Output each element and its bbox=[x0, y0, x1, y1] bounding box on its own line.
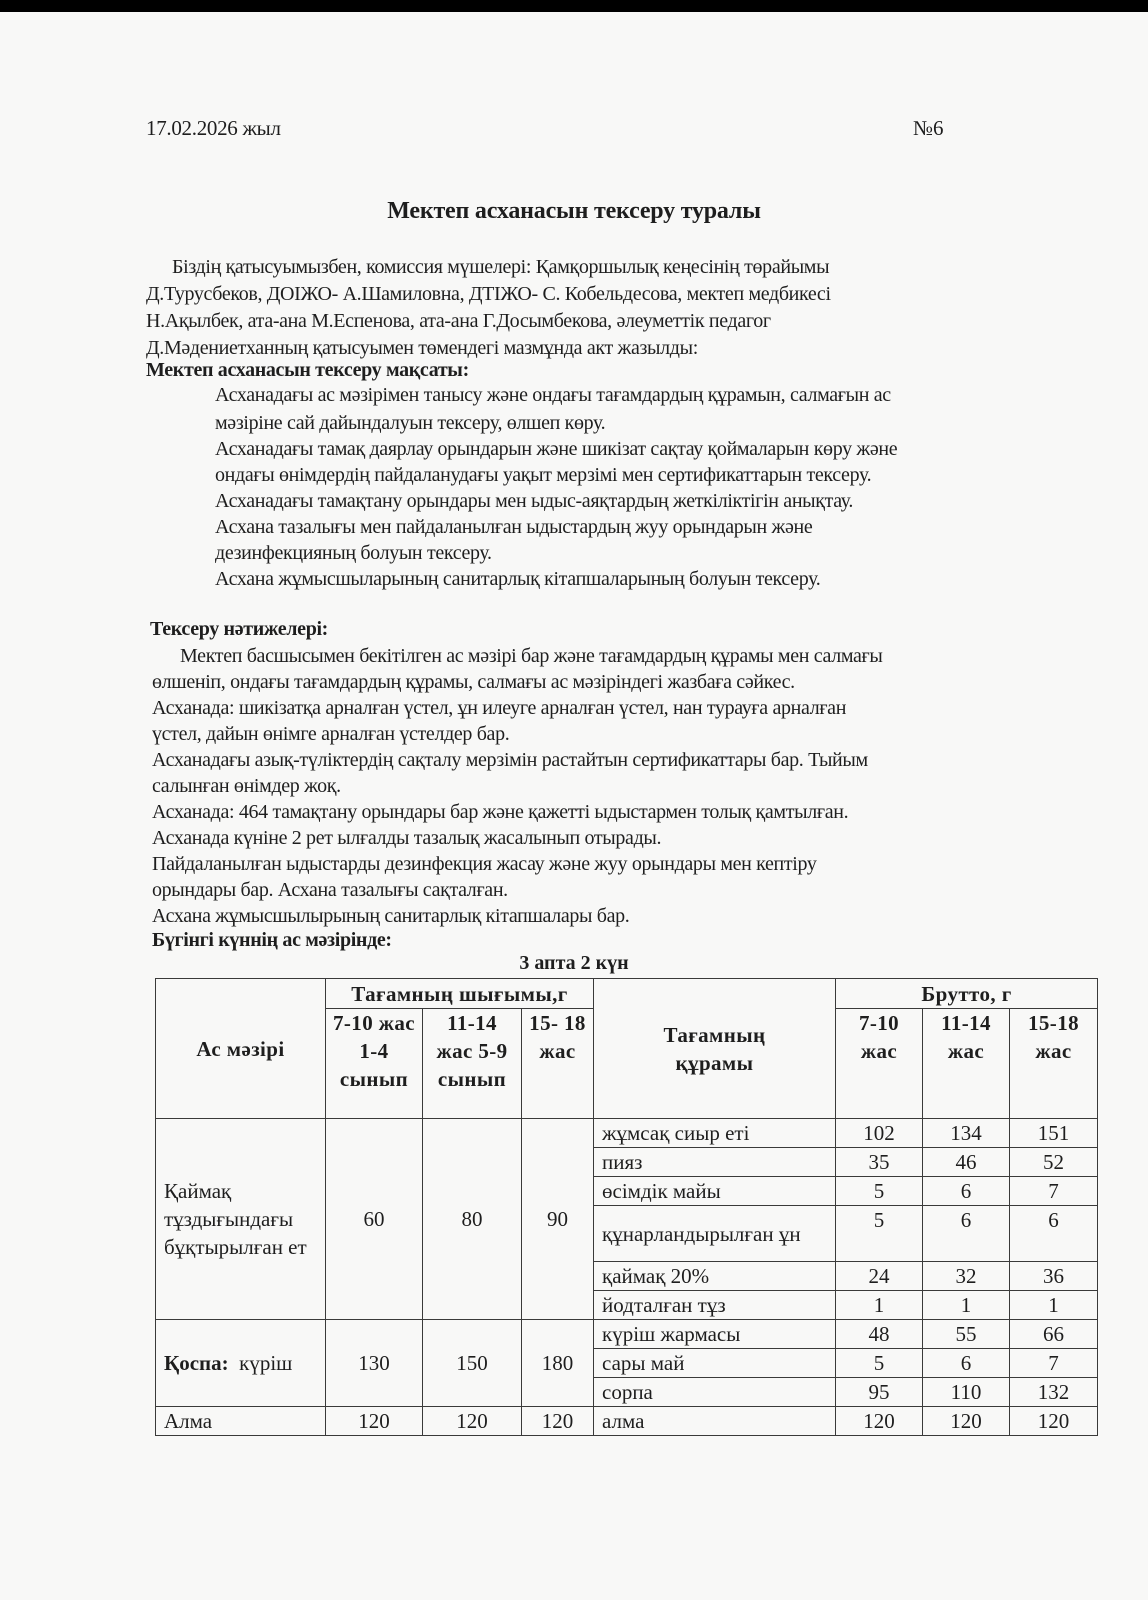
ingredient-brutto: 6 bbox=[923, 1349, 1010, 1378]
ingredient-name: жұмсақ сиыр еті bbox=[594, 1119, 836, 1148]
ingredient-brutto: 6 bbox=[1010, 1206, 1098, 1262]
purpose-heading: Мектеп асханасын тексеру мақсаты: bbox=[146, 359, 469, 382]
ingredient-brutto: 48 bbox=[836, 1320, 923, 1349]
dish-yield: 120 bbox=[326, 1407, 423, 1436]
menu-heading: Бүгінгі күннің ас мәзірінде: bbox=[152, 929, 392, 952]
results-heading: Тексеру нәтижелері: bbox=[150, 618, 328, 641]
dish-label: Алма bbox=[164, 1409, 212, 1433]
ingredient-brutto: 55 bbox=[923, 1320, 1010, 1349]
dish-label: күріш bbox=[239, 1351, 292, 1375]
results-line: өлшеніп, ондағы тағамдардың құрамы, салм… bbox=[152, 671, 795, 694]
intro-line: Д.Турусбеков, ДОІЖО- А.Шамиловна, ДТІЖО-… bbox=[146, 283, 831, 306]
results-line: Асханада күніне 2 рет ылғалды тазалық жа… bbox=[152, 827, 661, 850]
ingredient-brutto: 35 bbox=[836, 1148, 923, 1177]
ingredient-name: сары май bbox=[594, 1349, 836, 1378]
intro-line: Біздің қатысуымызбен, комиссия мүшелері:… bbox=[172, 256, 829, 279]
results-line: Асханада: шикізатқа арналған үстел, ұн и… bbox=[152, 697, 846, 720]
dish-name: Алма bbox=[156, 1407, 326, 1436]
ingredient-name: пияз bbox=[594, 1148, 836, 1177]
results-line: Мектеп басшысымен бекітілген ас мәзірі б… bbox=[180, 645, 883, 668]
dish-name: Қаймақ тұздығындағы бұқтырылған ет bbox=[156, 1119, 326, 1320]
ingredient-brutto: 120 bbox=[1010, 1407, 1098, 1436]
ingredient-brutto: 36 bbox=[1010, 1262, 1098, 1291]
header-brutto-group: Брутто, г bbox=[836, 979, 1098, 1009]
ingredient-brutto: 120 bbox=[836, 1407, 923, 1436]
purpose-line: Асхана тазалығы мен пайдаланылған ыдыста… bbox=[215, 516, 812, 539]
ingredient-brutto: 110 bbox=[923, 1378, 1010, 1407]
table-row: Қаймақ тұздығындағы бұқтырылған ет608090… bbox=[156, 1119, 1098, 1148]
ingredient-name: өсімдік майы bbox=[594, 1177, 836, 1206]
dish-yield: 80 bbox=[423, 1119, 522, 1320]
results-line: орындары бар. Асхана тазалығы сақталған. bbox=[152, 879, 508, 902]
results-line: салынған өнімдер жоқ. bbox=[152, 775, 341, 798]
ingredient-brutto: 1 bbox=[923, 1291, 1010, 1320]
ingredient-brutto: 120 bbox=[923, 1407, 1010, 1436]
results-line: Пайдаланылған ыдыстарды дезинфекция жаса… bbox=[152, 853, 817, 876]
ingredient-name: күріш жармасы bbox=[594, 1320, 836, 1349]
ingredient-brutto: 5 bbox=[836, 1349, 923, 1378]
dish-name: Қоспа: күріш bbox=[156, 1320, 326, 1407]
ingredient-brutto: 46 bbox=[923, 1148, 1010, 1177]
header-menu: Ас мәзірі bbox=[156, 979, 326, 1119]
header-composition: Тағамның құрамы bbox=[594, 979, 836, 1119]
purpose-line: Асханадағы тамақ даярлау орындарын және … bbox=[215, 438, 897, 461]
ingredient-name: йодталған тұз bbox=[594, 1291, 836, 1320]
ingredient-brutto: 5 bbox=[836, 1177, 923, 1206]
ingredient-brutto: 102 bbox=[836, 1119, 923, 1148]
ingredient-brutto: 32 bbox=[923, 1262, 1010, 1291]
ingredient-name: сорпа bbox=[594, 1378, 836, 1407]
header-yield-col: 15- 18 жас bbox=[522, 1009, 594, 1119]
purpose-line: Асхана жұмысшыларының санитарлық кітапша… bbox=[215, 568, 820, 591]
intro-line: Д.Мәдениетханның қатысуымен төмендегі ма… bbox=[146, 337, 698, 360]
ingredient-brutto: 52 bbox=[1010, 1148, 1098, 1177]
results-line: Асханада: 464 тамақтану орындары бар жән… bbox=[152, 801, 848, 824]
ingredient-brutto: 5 bbox=[836, 1206, 923, 1262]
menu-table: Ас мәзірі Тағамның шығымы,г Тағамның құр… bbox=[155, 978, 1098, 1436]
ingredient-brutto: 1 bbox=[836, 1291, 923, 1320]
ingredient-brutto: 6 bbox=[923, 1177, 1010, 1206]
dish-prefix: Қоспа: bbox=[164, 1351, 229, 1375]
ingredient-name: алма bbox=[594, 1407, 836, 1436]
dish-yield: 120 bbox=[423, 1407, 522, 1436]
ingredient-brutto: 134 bbox=[923, 1119, 1010, 1148]
purpose-line: Асханадағы ас мәзірімен танысу және онда… bbox=[215, 384, 891, 407]
ingredient-brutto: 132 bbox=[1010, 1378, 1098, 1407]
dish-yield: 120 bbox=[522, 1407, 594, 1436]
ingredient-brutto: 151 bbox=[1010, 1119, 1098, 1148]
ingredient-brutto: 7 bbox=[1010, 1349, 1098, 1378]
document-title: Мектеп асханасын тексеру туралы bbox=[0, 198, 1148, 225]
ingredient-brutto: 1 bbox=[1010, 1291, 1098, 1320]
dish-label: Қаймақ тұздығындағы бұқтырылған ет bbox=[164, 1179, 307, 1259]
ingredient-brutto: 7 bbox=[1010, 1177, 1098, 1206]
ingredient-brutto: 95 bbox=[836, 1378, 923, 1407]
table-row: Қоспа: күріш130150180күріш жармасы485566 bbox=[156, 1320, 1098, 1349]
results-line: Асханадағы азық-түліктердің сақталу мерз… bbox=[152, 749, 868, 772]
dish-yield: 180 bbox=[522, 1320, 594, 1407]
ingredient-name: құнарландырылған ұн bbox=[594, 1206, 836, 1262]
ingredient-brutto: 24 bbox=[836, 1262, 923, 1291]
purpose-line: Асханадағы тамақтану орындары мен ыдыс-а… bbox=[215, 490, 853, 513]
ingredient-name: қаймақ 20% bbox=[594, 1262, 836, 1291]
table-row: Алма120120120алма120120120 bbox=[156, 1407, 1098, 1436]
header-yield-col: 7-10 жас 1-4 сынып bbox=[326, 1009, 423, 1119]
table-caption: 3 апта 2 күн bbox=[0, 952, 1148, 975]
ingredient-brutto: 6 bbox=[923, 1206, 1010, 1262]
header-brutto-col: 15-18 жас bbox=[1010, 1009, 1098, 1119]
results-line: үстел, дайын өнімге арналған үстелдер ба… bbox=[152, 723, 509, 746]
dish-yield: 150 bbox=[423, 1320, 522, 1407]
intro-line: Н.Ақылбек, ата-ана М.Еспенова, ата-ана Г… bbox=[146, 310, 771, 333]
header-brutto-col: 11-14 жас bbox=[923, 1009, 1010, 1119]
dish-yield: 90 bbox=[522, 1119, 594, 1320]
header-yield-col: 11-14 жас 5-9 сынып bbox=[423, 1009, 522, 1119]
top-black-band bbox=[0, 0, 1148, 12]
dish-yield: 130 bbox=[326, 1320, 423, 1407]
purpose-line: дезинфекцияның болуын тексеру. bbox=[215, 542, 492, 565]
document-date: 17.02.2026 жыл bbox=[146, 116, 281, 141]
results-line: Асхана жұмысшылырының санитарлық кітапша… bbox=[152, 905, 629, 928]
ingredient-brutto: 66 bbox=[1010, 1320, 1098, 1349]
purpose-line: мәзіріне сай дайындалуын тексеру, өлшеп … bbox=[215, 412, 605, 435]
dish-yield: 60 bbox=[326, 1119, 423, 1320]
header-brutto-col: 7-10 жас bbox=[836, 1009, 923, 1119]
purpose-line: ондағы өнімдердің пайдаланудағы уақыт ме… bbox=[215, 464, 871, 487]
header-yield-group: Тағамның шығымы,г bbox=[326, 979, 594, 1009]
document-number: №6 bbox=[913, 116, 944, 141]
